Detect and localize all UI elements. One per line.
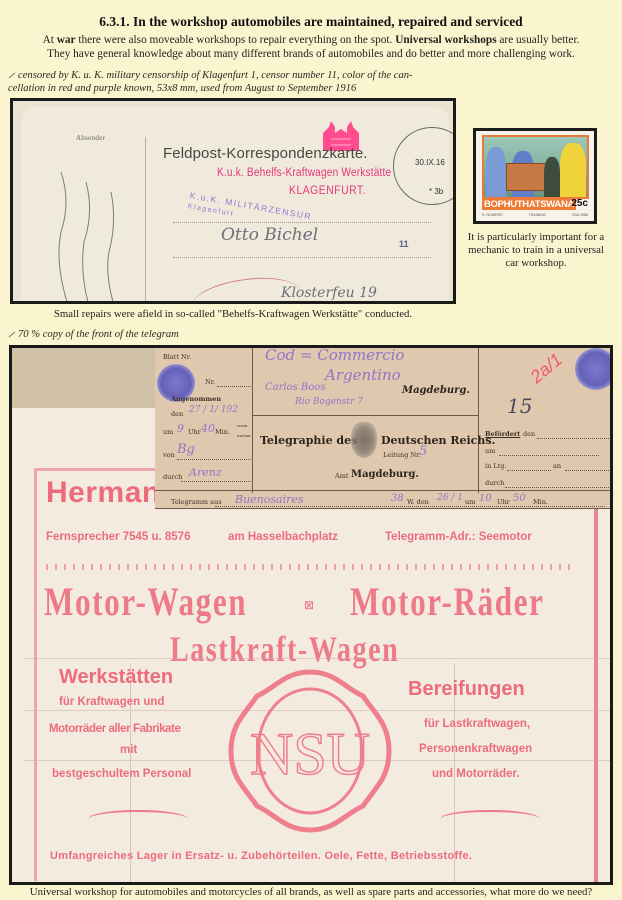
red-pencil-mark (189, 272, 304, 304)
postcard-face: Absender Feldpost-Korrespondenzkarte. K.… (21, 107, 449, 301)
field-dots (537, 438, 609, 439)
vorm-label: vorm. (237, 423, 249, 428)
stamp-theme: TRAINING (529, 213, 546, 217)
ad-dotted-rule (46, 564, 571, 570)
censor-number: 11 (399, 239, 413, 263)
official-seal-icon (575, 348, 613, 390)
intro-text: At (43, 34, 57, 46)
ad-left-title: Werkstätten (59, 666, 173, 689)
leitung-value: 5 (419, 444, 427, 459)
stamp-image: BOPHUTHATSWANA 25c S. NOWERS TRAINING CS… (473, 128, 597, 224)
ad-headline2: Lastkraft-Wagen (170, 628, 399, 670)
recipient-handwriting: Otto Bichel (221, 225, 318, 245)
postmark-date: 30.IX.16 (415, 158, 445, 167)
leitung-label: Leitung Nr. (383, 451, 421, 459)
von-label: von (163, 451, 175, 459)
stamp-printer: CSA 1986 (572, 213, 588, 217)
stamp-engine (506, 163, 548, 191)
postcard-note-line1: censored by K. u. K. military censorship… (18, 70, 413, 81)
intro-paragraph: At war there were also moveable workshop… (30, 33, 592, 61)
befoerdert-label: Befördert (485, 430, 520, 438)
stamp-designer: S. NOWERS (482, 213, 503, 217)
min-label: Min. (215, 428, 230, 436)
stamp-value: 25c (571, 198, 588, 209)
field-dots (499, 455, 599, 456)
ad-phone: Fernsprecher 7545 u. 8576 (46, 531, 190, 543)
w-den-label: W. den (407, 498, 429, 506)
pen-mark-icon (9, 73, 16, 79)
imperial-eagle-icon (351, 422, 377, 458)
stamp-picture (482, 135, 589, 199)
intro-bold-war: war (57, 34, 76, 46)
ruled-line (24, 658, 613, 659)
angenommen-label: Angenommen (171, 395, 221, 403)
in-ltg-label: in Ltg. (485, 462, 507, 470)
ad-right-title: Bereifungen (408, 678, 525, 701)
red-pencil-mark: 2a/1 (526, 349, 566, 388)
field-dots (177, 459, 251, 460)
nsu-logo-icon: NSU (225, 666, 395, 836)
befoerdert-den-label: den (523, 430, 535, 438)
postmark-number: * 3b (429, 187, 443, 196)
postcard-image: Absender Feldpost-Korrespondenzkarte. K.… (10, 98, 456, 304)
durch-value: Arenz (189, 466, 222, 479)
cachet-line2: KLAGENFURT. (289, 185, 366, 197)
field-dots (507, 470, 551, 471)
stamp-caption: It is particularly important for a mecha… (466, 231, 606, 270)
an-label: an (553, 462, 561, 470)
address-line (173, 222, 431, 223)
telegram-form: Blatt Nr. Nr. Angenommen den 27 / 1/ 192… (155, 348, 613, 509)
amt-city: Magdeburg. (351, 469, 419, 480)
origin-uhr-label: Uhr (497, 498, 510, 506)
ad-left-line4: bestgeschultem Personal (52, 768, 191, 780)
ad-headline-separator-icon: ⊠ (304, 598, 314, 612)
flourish-ornament (88, 810, 188, 828)
stamp-country: BOPHUTHATSWANA (482, 199, 576, 210)
ad-bottom-line: Umfangreiches Lager in Ersatz- u. Zubehö… (50, 850, 472, 862)
origin-min-label: Min. (533, 498, 548, 506)
field-dots (215, 506, 605, 507)
ad-right-line2: Personenkraftwagen (419, 743, 532, 755)
telegram-note-text: 70 % copy of the front of the telegram (18, 329, 179, 340)
origin-min: 50 (513, 493, 526, 504)
address-line3: Carlos Boos (265, 382, 325, 393)
svg-text:NSU: NSU (250, 721, 370, 787)
ad-headline-left: Motor-Wagen (44, 578, 247, 625)
origin-value: Buenosaires (235, 493, 304, 506)
address-line4: Rio Bogenstr 7 (295, 397, 363, 407)
telegram-caption: Universal workshop for automobiles and m… (0, 886, 622, 898)
stamp-figure (560, 143, 586, 197)
ad-right-line3: und Motorräder. (432, 768, 520, 780)
stamp-face: BOPHUTHATSWANA 25c S. NOWERS TRAINING CS… (476, 131, 594, 221)
origin-hour: 10 (479, 493, 492, 504)
befoerdert-um-label: um (485, 447, 495, 455)
nachm-label: nachm. (237, 433, 252, 438)
field-dots (565, 470, 609, 471)
nr-label: Nr. (205, 378, 215, 386)
telegraphie-header-left: Telegraphie des (260, 434, 357, 447)
den-label: den (171, 410, 183, 418)
blatt-label: Blatt Nr. (163, 353, 191, 361)
telegram-image: Hermann Seemann, Magdeburg Fernsprecher … (9, 345, 613, 885)
advertisement-right-bar (594, 508, 598, 885)
address-line2: Argentino (325, 366, 401, 384)
form-rule (155, 490, 613, 491)
durch-label: durch (163, 473, 182, 481)
telegramm-aus-label: Telegramm aus (171, 498, 222, 506)
sender-handwriting-icon (51, 162, 141, 304)
field-dots (181, 481, 251, 482)
von-value: Bg (177, 442, 195, 457)
stamp-figure (486, 147, 506, 197)
telegram-note: 70 % copy of the front of the telegram (8, 328, 179, 341)
cachet-line1: K.u.k. Behelfs-Kraftwagen Werkstätte (217, 167, 391, 179)
field-dots (217, 386, 251, 387)
den-value: 27 / 1/ 192 (189, 405, 238, 415)
stamp-footer: S. NOWERS TRAINING CSA 1986 (482, 213, 588, 217)
form-rule (252, 348, 253, 493)
min-value: 40 (201, 422, 215, 435)
intro-text: there were also moveable workshops to re… (76, 34, 396, 46)
postcard-caption: Small repairs were afield in so-called "… (10, 308, 456, 320)
address-line (173, 257, 431, 258)
ad-headline-right: Motor-Räder (350, 578, 544, 625)
field-dots (505, 487, 609, 488)
pencil-mark: 15 (507, 394, 532, 418)
page-title: 6.3.1. In the workshop automobiles are m… (0, 14, 622, 30)
card-divider (145, 137, 146, 304)
pen-mark-icon (9, 332, 16, 338)
origin-um-label: um (465, 498, 475, 506)
form-rule (478, 348, 479, 493)
origin-date: 26 / 1 (437, 493, 463, 503)
ad-right-line1: für Lastkraftwagen, (424, 718, 530, 730)
telegram-left-strip (12, 348, 162, 408)
postcard-note-line2: cellation in red and purple known, 53x8 … (8, 83, 356, 94)
befoerdert-durch-label: durch (485, 479, 504, 487)
address-line1: Cod = Commercio (265, 346, 404, 364)
word-count: 38 (391, 493, 404, 504)
um-value: 9 (177, 422, 184, 435)
form-rule (252, 415, 479, 416)
ad-left-line2: Motorräder aller Fabrikate (49, 723, 180, 735)
ad-telegram-address: Telegramm-Adr.: Seemotor (385, 531, 532, 543)
stamp-figure (544, 157, 560, 197)
absender-label: Absender (76, 134, 105, 142)
telegraphie-header-right: Deutschen Reichs. (381, 434, 495, 447)
uhr-label: Uhr (188, 428, 201, 436)
flourish-ornament (440, 810, 540, 828)
address-city: Magdeburg. (402, 385, 470, 396)
postcard-heading: Feldpost-Korrespondenzkarte. (163, 145, 368, 162)
ad-left-line3: mit (120, 744, 137, 756)
ad-place: am Hasselbachplatz (228, 531, 338, 543)
um-label: um (163, 428, 173, 436)
ad-left-line1: für Kraftwagen und (59, 696, 164, 708)
amt-label: Amt (335, 472, 348, 480)
postcard-note: censored by K. u. K. military censorship… (8, 69, 413, 95)
intro-bold-universal: Universal workshops (395, 34, 496, 46)
